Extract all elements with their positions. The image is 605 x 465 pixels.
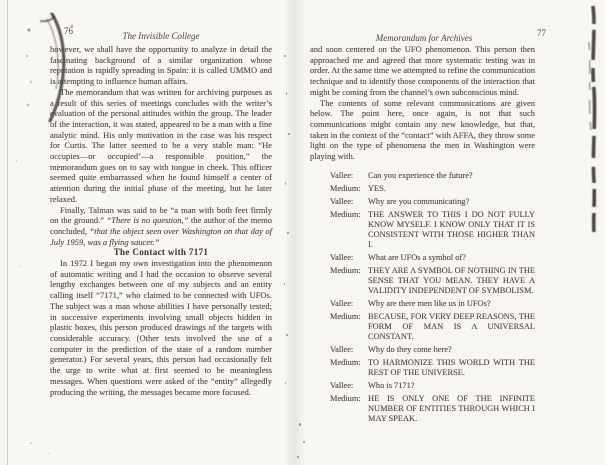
dialogue-line: Who is 7171? [368,381,535,391]
paragraph: Finally, Talman was said to be “a man wi… [50,205,272,248]
gutter-speck [285,182,286,185]
dialogue-entry: Vallee:Why do they come here? [330,345,535,355]
dialogue-speaker: Vallee: [330,381,368,391]
dialogue-speaker: Vallee: [330,171,368,181]
scan-edge-line [7,0,8,465]
paragraph: and soon centered on the UFO phenomenon.… [310,44,535,98]
margin-speck [20,265,21,267]
dialogue-speaker: Vallee: [330,299,368,309]
dialogue-line: Why are you communicating? [368,197,535,207]
gutter-speck [286,92,287,95]
gutter-speck [288,133,290,135]
left-running-header: 76 The Invisible College [50,26,272,44]
dialogue-line: Why are there men like us in UFOs? [368,299,535,309]
right-page-number: 77 [537,28,546,38]
dialogue-speaker: Medium: [330,312,368,342]
dialogue-speaker: Vallee: [330,197,368,207]
dialogue-entry: Vallee:What are UFOs a symbol of? [330,253,535,263]
dialogue-entry: Medium:THE ANSWER TO THIS I DO NOT FULLY… [330,210,535,250]
left-page-text: however, we shall have the opportunity t… [50,44,272,397]
left-running-title: The Invisible College [123,31,200,41]
dialogue-line: HE IS ONLY ONE OF THE INFINITE NUMBER OF… [368,394,535,424]
right-running-title: Memorandum for Archives [376,33,473,43]
dialogue-line: YES. [368,184,535,194]
dialogue-line: Can you experience the future? [368,171,535,181]
dialogue-entry: Medium:TO HARMONIZE THIS WORLD WITH THE … [330,358,535,378]
margin-speck [48,453,50,454]
dialogue-speaker: Medium: [330,210,368,250]
dialogue-entry: Vallee:Who is 7171? [330,381,535,391]
dialogue-speaker: Vallee: [330,253,368,263]
dialogue-entry: Vallee:Why are you communicating? [330,197,535,207]
channeling-transcript: Vallee:Can you experience the future? Me… [310,171,535,424]
dialogue-line: TO HARMONIZE THIS WORLD WITH THE REST OF… [368,358,535,378]
gutter-speck [284,283,285,285]
dialogue-speaker: Medium: [330,266,368,296]
dialogue-entry: Vallee:Can you experience the future? [330,171,535,181]
paragraph: In 1972 I began my own investigation int… [50,258,272,397]
dialogue-entry: Medium:YES. [330,184,535,194]
paragraph: however, we shall have the opportunity t… [50,44,272,87]
gutter-speck [297,456,299,458]
paragraph: The contents of some relevant communicat… [310,98,535,162]
dialogue-speaker: Medium: [330,394,368,424]
dialogue-line: What are UFOs a symbol of? [368,253,535,263]
gutter-speck [287,232,289,234]
left-page-number: 76 [64,26,73,36]
dialogue-speaker: Medium: [330,184,368,194]
right-page-text: and soon centered on the UFO phenomenon.… [310,44,535,427]
dialogue-entry: Medium:HE IS ONLY ONE OF THE INFINITE NU… [330,394,535,424]
gutter-speck [284,55,286,57]
gutter-speck [286,334,288,336]
dialogue-speaker: Medium: [330,358,368,378]
gutter-speck [299,423,301,426]
dialogue-entry: Medium:BECAUSE, FOR VERY DEEP REASONS, T… [330,312,535,342]
section-heading: The Contact with 7171 [50,247,272,258]
gutter-speck [303,441,305,443]
dialogue-line: THEY ARE A SYMBOL OF NOTHING IN THE SENS… [368,266,535,296]
book-scan: 76 The Invisible College however, we sha… [0,0,605,465]
margin-speck [16,160,17,162]
dialogue-speaker: Vallee: [330,345,368,355]
paragraph: The memorandum that was written for arch… [50,87,272,205]
dialogue-line: Why do they come here? [368,345,535,355]
dialogue-line: THE ANSWER TO THIS I DO NOT FULLY KNOW M… [368,210,535,250]
dialogue-entry: Medium:THEY ARE A SYMBOL OF NOTHING IN T… [330,266,535,296]
dialogue-line: BECAUSE, FOR VERY DEEP REASONS, THE FORM… [368,312,535,342]
gutter-speck [285,382,286,384]
margin-speck [30,442,32,444]
binding-streak-artifact [585,2,603,240]
dialogue-entry: Vallee:Why are there men like us in UFOs… [330,299,535,309]
